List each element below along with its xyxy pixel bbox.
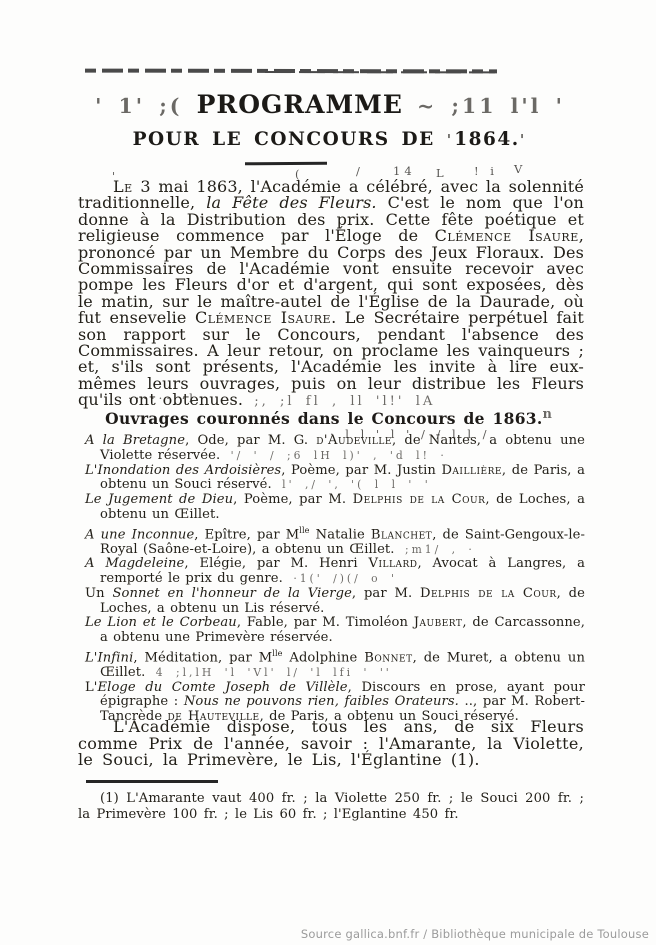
text-segment: Delphis de la Cour [353, 492, 486, 507]
text-segment: Jaubert [414, 615, 463, 630]
source-attribution: Source gallica.bnf.fr / Bibliothèque mun… [301, 927, 649, 941]
text-segment: Adolphine [283, 650, 365, 665]
text-segment: Ouvrages couronnés dans le Concours de 1… [105, 409, 542, 428]
scan-noise-text: ;m1/ , · [395, 543, 475, 556]
text-segment: lle [272, 648, 282, 658]
page-title: ' 1' ;( PROGRAMME ~ ;11 l'l ' [60, 90, 600, 119]
text-segment: Blanchet [371, 527, 432, 542]
page-subtitle: POUR LE CONCOURS DE '1864.' [60, 129, 600, 150]
text-segment: , par M. [352, 586, 420, 601]
text-segment: Delphis de la Cour [420, 586, 557, 601]
text-segment: Le Jugement de Dieu [85, 492, 233, 507]
scan-noise-mark: ( [295, 167, 304, 181]
text-segment: Natalie [310, 527, 371, 542]
text-segment: A une Inconnue [85, 527, 194, 542]
text-segment: A Magdeleine [85, 556, 184, 571]
scan-noise-mark: 14 [393, 164, 416, 178]
text-segment: Eloge du Comte Joseph de Villèle [98, 680, 348, 695]
text-segment: , Poème, par M. Justin [281, 463, 441, 478]
closing-paragraph: L'Académie dispose, tous les ans, de six… [78, 719, 584, 769]
title-divider-rule [245, 162, 327, 165]
scanned-document-page: ' 1' ;( PROGRAMME ~ ;11 l'l ' POUR LE CO… [0, 0, 656, 945]
text-segment: Bonnet [364, 650, 412, 665]
scan-noise-text: ' [520, 131, 528, 149]
work-item: L'Inondation des Ardoisières, Poème, par… [85, 464, 585, 494]
scan-noise-mark: · l l ' l ' / / l l / [330, 427, 491, 441]
text-segment: L'Académie dispose, tous les ans, de six… [78, 717, 584, 769]
text-segment: Sonnet en l'honneur de la Vierge [112, 586, 351, 601]
scan-noise-mark: ! i [474, 164, 498, 178]
text-segment: , Ode, par M. G. [185, 433, 316, 448]
text-segment: L'Infini [85, 650, 133, 665]
work-item: L'Infini, Méditation, par Mlle Adolphine… [85, 646, 585, 681]
section-heading: Ouvrages couronnés dans le Concours de 1… [60, 406, 600, 428]
text-segment: Un [85, 586, 112, 601]
scan-noise-text: 4 ;l,lH 'l 'Vl' l/ 'l lfi ' '' [145, 666, 391, 679]
scan-noise-mark: / [356, 164, 364, 178]
scan-noise-mark: L [436, 166, 448, 180]
text-segment: PROGRAMME [197, 90, 403, 119]
text-segment: A la Bretagne [85, 433, 185, 448]
scan-noise-text: ·1(' /)(/ o ' [283, 572, 397, 585]
text-segment: L' [85, 680, 98, 695]
text-segment: Villard [368, 556, 417, 571]
footnote-divider-rule [86, 780, 218, 783]
text-segment: lle [299, 525, 309, 535]
text-segment: POUR LE CONCOURS DE [133, 129, 447, 150]
intro-paragraph: Le 3 mai 1863, l'Académie a célébré, ave… [78, 179, 584, 411]
text-segment: Daillière [441, 463, 501, 478]
scan-noise-text: ' [447, 131, 455, 149]
awarded-works-list: A la Bretagne, Ode, par M. G. d'Audevill… [85, 434, 585, 725]
work-item: A Magdeleine, Elégie, par M. Henri Villa… [85, 557, 585, 587]
scan-noise-text: n [543, 406, 555, 421]
scan-noise-text: ~ ;11 l'l ' [403, 94, 565, 118]
text-segment: (1) L'Amarante vaut 400 fr. ; la Violett… [78, 791, 584, 822]
text-segment: , Poème, par M. [233, 492, 352, 507]
work-item: Le Jugement de Dieu, Poème, par M. Delph… [85, 493, 585, 523]
scan-noise-text: '/ ' / ;6 lH l)' , 'd l! · [220, 449, 446, 462]
text-segment: Le Lion et le Corbeau [85, 615, 237, 630]
text-segment: , Epître, par M [194, 527, 299, 542]
footnote: (1) L'Amarante vaut 400 fr. ; la Violett… [78, 791, 584, 823]
text-segment: 1864. [454, 129, 519, 150]
scan-noise-mark: ······ ·l [128, 391, 197, 405]
text-segment: , Elégie, par M. Henri [184, 556, 368, 571]
scan-noise-text: ' 1' ;( [95, 94, 197, 118]
scan-noise-mark: V [514, 162, 526, 176]
scan-artifact-top-rule [85, 69, 497, 74]
text-segment: , Fable, par M. Timoléon [237, 615, 414, 630]
text-segment: Nous ne pouvons rien, faibles Orateurs. [184, 694, 459, 709]
scan-noise-mark: ' [112, 169, 119, 183]
text-segment: L'Inondation des Ardoisières [85, 463, 281, 478]
work-item: A une Inconnue, Epître, par Mlle Natalie… [85, 523, 585, 558]
text-segment: , Méditation, par M [133, 650, 272, 665]
work-item: Le Lion et le Corbeau, Fable, par M. Tim… [85, 616, 585, 646]
work-item: Un Sonnet en l'honneur de la Vierge, par… [85, 587, 585, 617]
scan-noise-text: l' ,/ ', '( l l ' ' [272, 478, 431, 491]
